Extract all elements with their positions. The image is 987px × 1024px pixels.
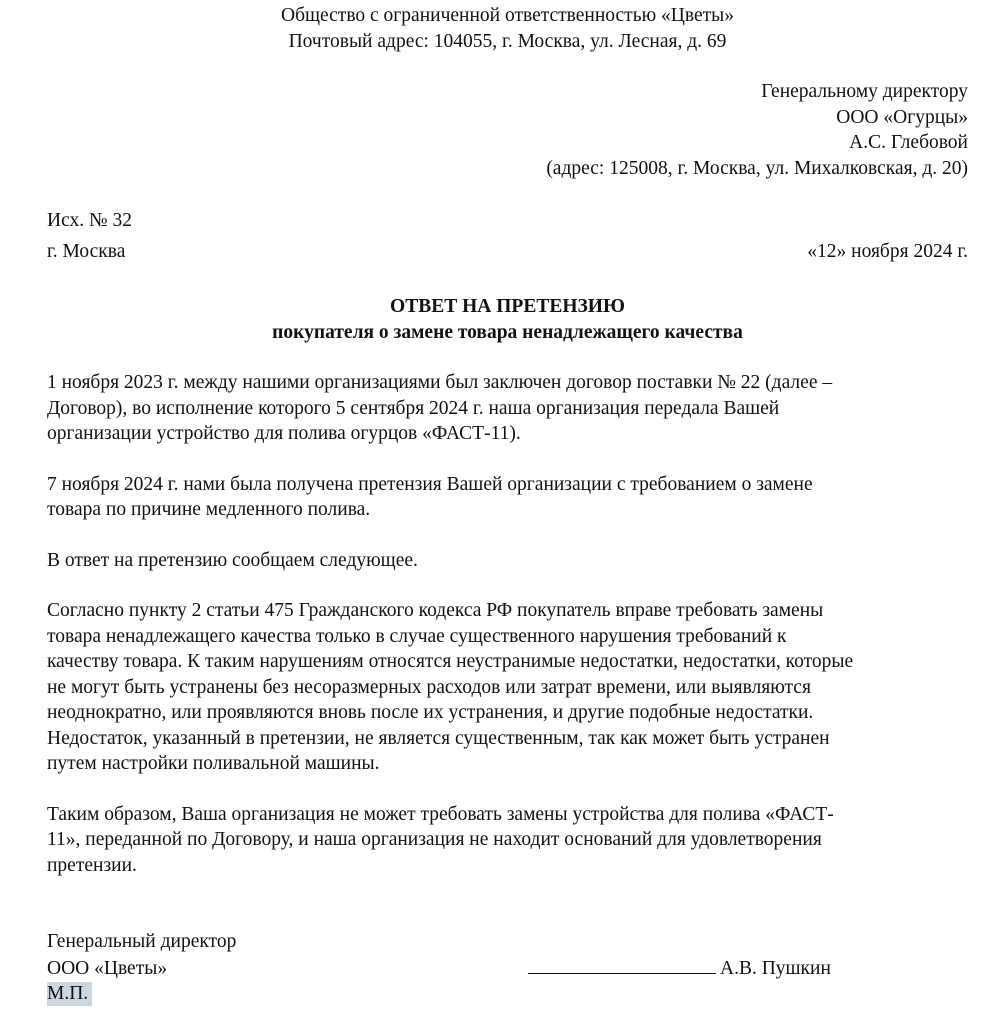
- paragraph-line: товара по причине медленного полива.: [47, 497, 968, 523]
- paragraph-legal-basis: Согласно пункту 2 статьи 475 Гражданског…: [47, 598, 968, 777]
- signature-block: Генеральный директор ООО «Цветы» А.В. Пу…: [47, 929, 968, 1007]
- stamp-placeholder: М.П.: [47, 982, 92, 1006]
- document-page: Общество с ограниченной ответственностью…: [47, 3, 968, 1007]
- signer-position: Генеральный директор: [47, 929, 968, 955]
- signer-name: А.В. Пушкин: [720, 956, 831, 982]
- paragraph-line: путем настройки поливальной машины.: [47, 751, 968, 777]
- title-main: ОТВЕТ НА ПРЕТЕНЗИЮ: [47, 294, 968, 320]
- addressee-position: Генеральному директору: [47, 79, 968, 105]
- paragraph-line: неоднократно, или проявляются вновь посл…: [47, 700, 968, 726]
- paragraph-line: качеству товара. К таким нарушениям отно…: [47, 649, 968, 675]
- paragraph-line: Недостаток, указанный в претензии, не яв…: [47, 726, 968, 752]
- paragraph-line: не могут быть устранены без несоразмерны…: [47, 675, 968, 701]
- signature-line: [528, 955, 716, 974]
- document-date: «12» ноября 2024 г.: [807, 239, 968, 265]
- addressee-name: А.С. Глебовой: [47, 130, 968, 156]
- paragraph-line: 1 ноября 2023 г. между нашими организаци…: [47, 370, 968, 396]
- paragraph-line: 7 ноября 2024 г. нами была получена прет…: [47, 472, 968, 498]
- paragraph-response-intro: В ответ на претензию сообщаем следующее.: [47, 548, 968, 574]
- paragraph-line: Договор), во исполнение которого 5 сентя…: [47, 396, 968, 422]
- paragraph-line: Согласно пункту 2 статьи 475 Гражданског…: [47, 598, 968, 624]
- paragraph-contract: 1 ноября 2023 г. между нашими организаци…: [47, 370, 968, 447]
- sender-name: Общество с ограниченной ответственностью…: [0, 3, 987, 29]
- outgoing-number: Исх. № 32: [47, 208, 968, 234]
- paragraph-claim-received: 7 ноября 2024 г. нами была получена прет…: [47, 472, 968, 523]
- paragraph-line: В ответ на претензию сообщаем следующее.: [47, 548, 968, 574]
- sender-address: Почтовый адрес: 104055, г. Москва, ул. Л…: [0, 29, 987, 55]
- city: г. Москва: [47, 239, 125, 265]
- paragraph-line: претензии.: [47, 853, 968, 879]
- paragraph-line: Таким образом, Ваша организация не может…: [47, 802, 968, 828]
- paragraph-line: организации устройство для полива огурцо…: [47, 421, 968, 447]
- signature-row: ООО «Цветы» А.В. Пушкин: [47, 955, 968, 982]
- paragraph-line: 11», переданной по Договору, и наша орга…: [47, 827, 968, 853]
- document-title: ОТВЕТ НА ПРЕТЕНЗИЮ покупателя о замене т…: [47, 294, 968, 345]
- addressee-block: Генеральному директору ООО «Огурцы» А.С.…: [47, 79, 968, 181]
- paragraph-line: товара ненадлежащего качества только в с…: [47, 624, 968, 650]
- signer-organization: ООО «Цветы»: [47, 956, 528, 982]
- sender-header: Общество с ограниченной ответственностью…: [0, 3, 987, 54]
- place-date-row: г. Москва «12» ноября 2024 г.: [47, 239, 968, 265]
- addressee-organization: ООО «Огурцы»: [47, 105, 968, 131]
- addressee-address: (адрес: 125008, г. Москва, ул. Михалковс…: [47, 156, 968, 182]
- title-subtitle: покупателя о замене товара ненадлежащего…: [47, 320, 968, 346]
- paragraph-conclusion: Таким образом, Ваша организация не может…: [47, 802, 968, 879]
